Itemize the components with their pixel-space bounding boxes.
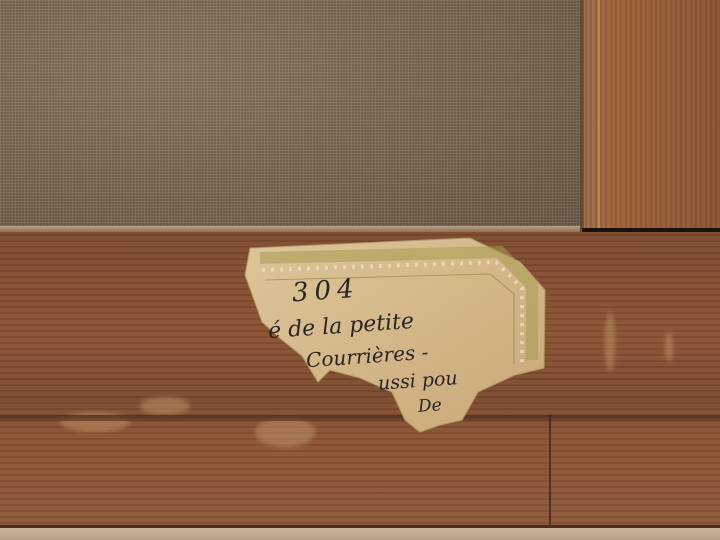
vertical-stretcher-bar: [580, 0, 720, 232]
wood-stain: [605, 312, 615, 372]
horizontal-stretcher-bar: [0, 232, 720, 530]
canvas-reverse: [0, 0, 582, 232]
wood-stain: [255, 417, 315, 447]
stretcher-joint: [549, 415, 551, 525]
wood-stain: [665, 332, 673, 362]
wood-stain: [140, 397, 190, 415]
stretcher-bevel: [598, 0, 600, 232]
stretcher-groove: [0, 415, 720, 421]
bottom-edge: [0, 525, 720, 540]
